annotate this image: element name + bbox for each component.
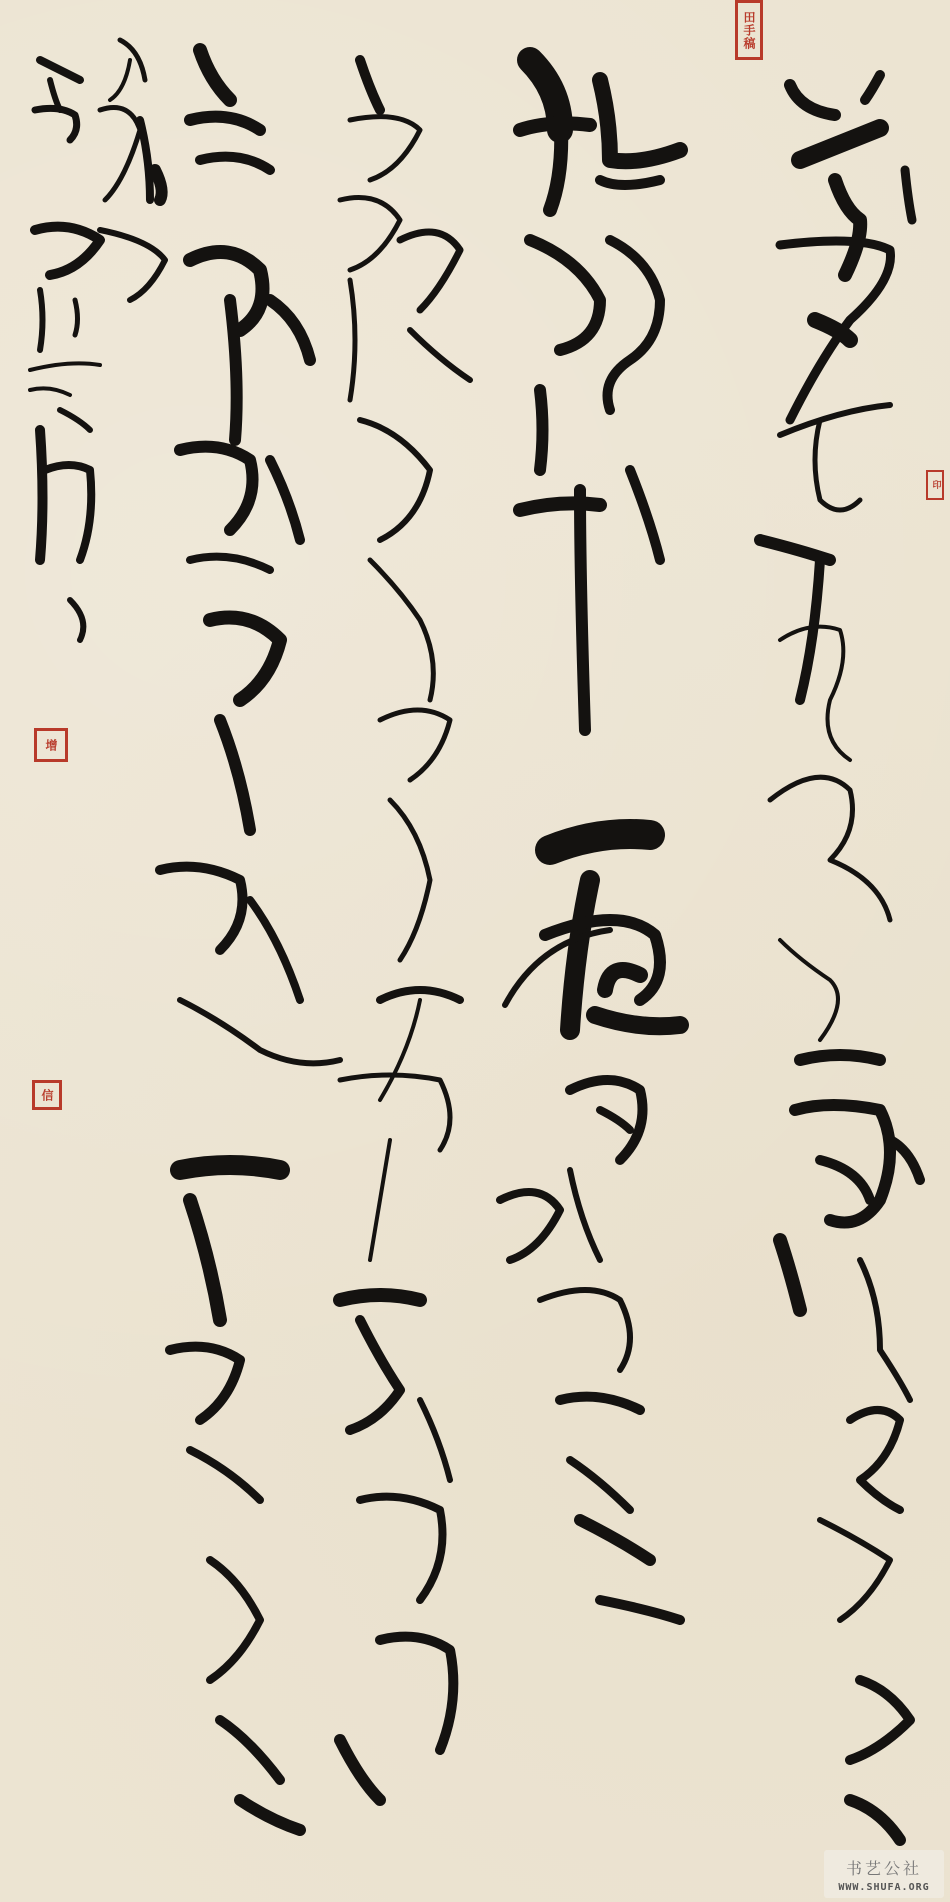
seal-top-right: 田手稿 [735, 0, 763, 60]
seal-text: 信 [41, 1089, 53, 1102]
seal-signature-2: 信 [32, 1080, 62, 1110]
column-3 [340, 60, 470, 1800]
inscription-column [30, 40, 165, 640]
seal-text: 田手稿 [743, 11, 755, 50]
watermark-cn: 书艺公社 [846, 1856, 922, 1879]
seal-signature-1: 增 [34, 728, 68, 762]
watermark: 书艺公社 WWW.SHUFA.ORG [824, 1850, 944, 1898]
seal-right-mid: 印 [926, 470, 944, 500]
calligraphy-strokes [0, 0, 950, 1902]
seal-text: 增 [45, 739, 57, 752]
column-1 [760, 75, 920, 1840]
column-2 [500, 60, 680, 1620]
column-4 [160, 50, 340, 1830]
watermark-url: WWW.SHUFA.ORG [838, 1882, 929, 1893]
seal-text: 印 [931, 480, 940, 490]
